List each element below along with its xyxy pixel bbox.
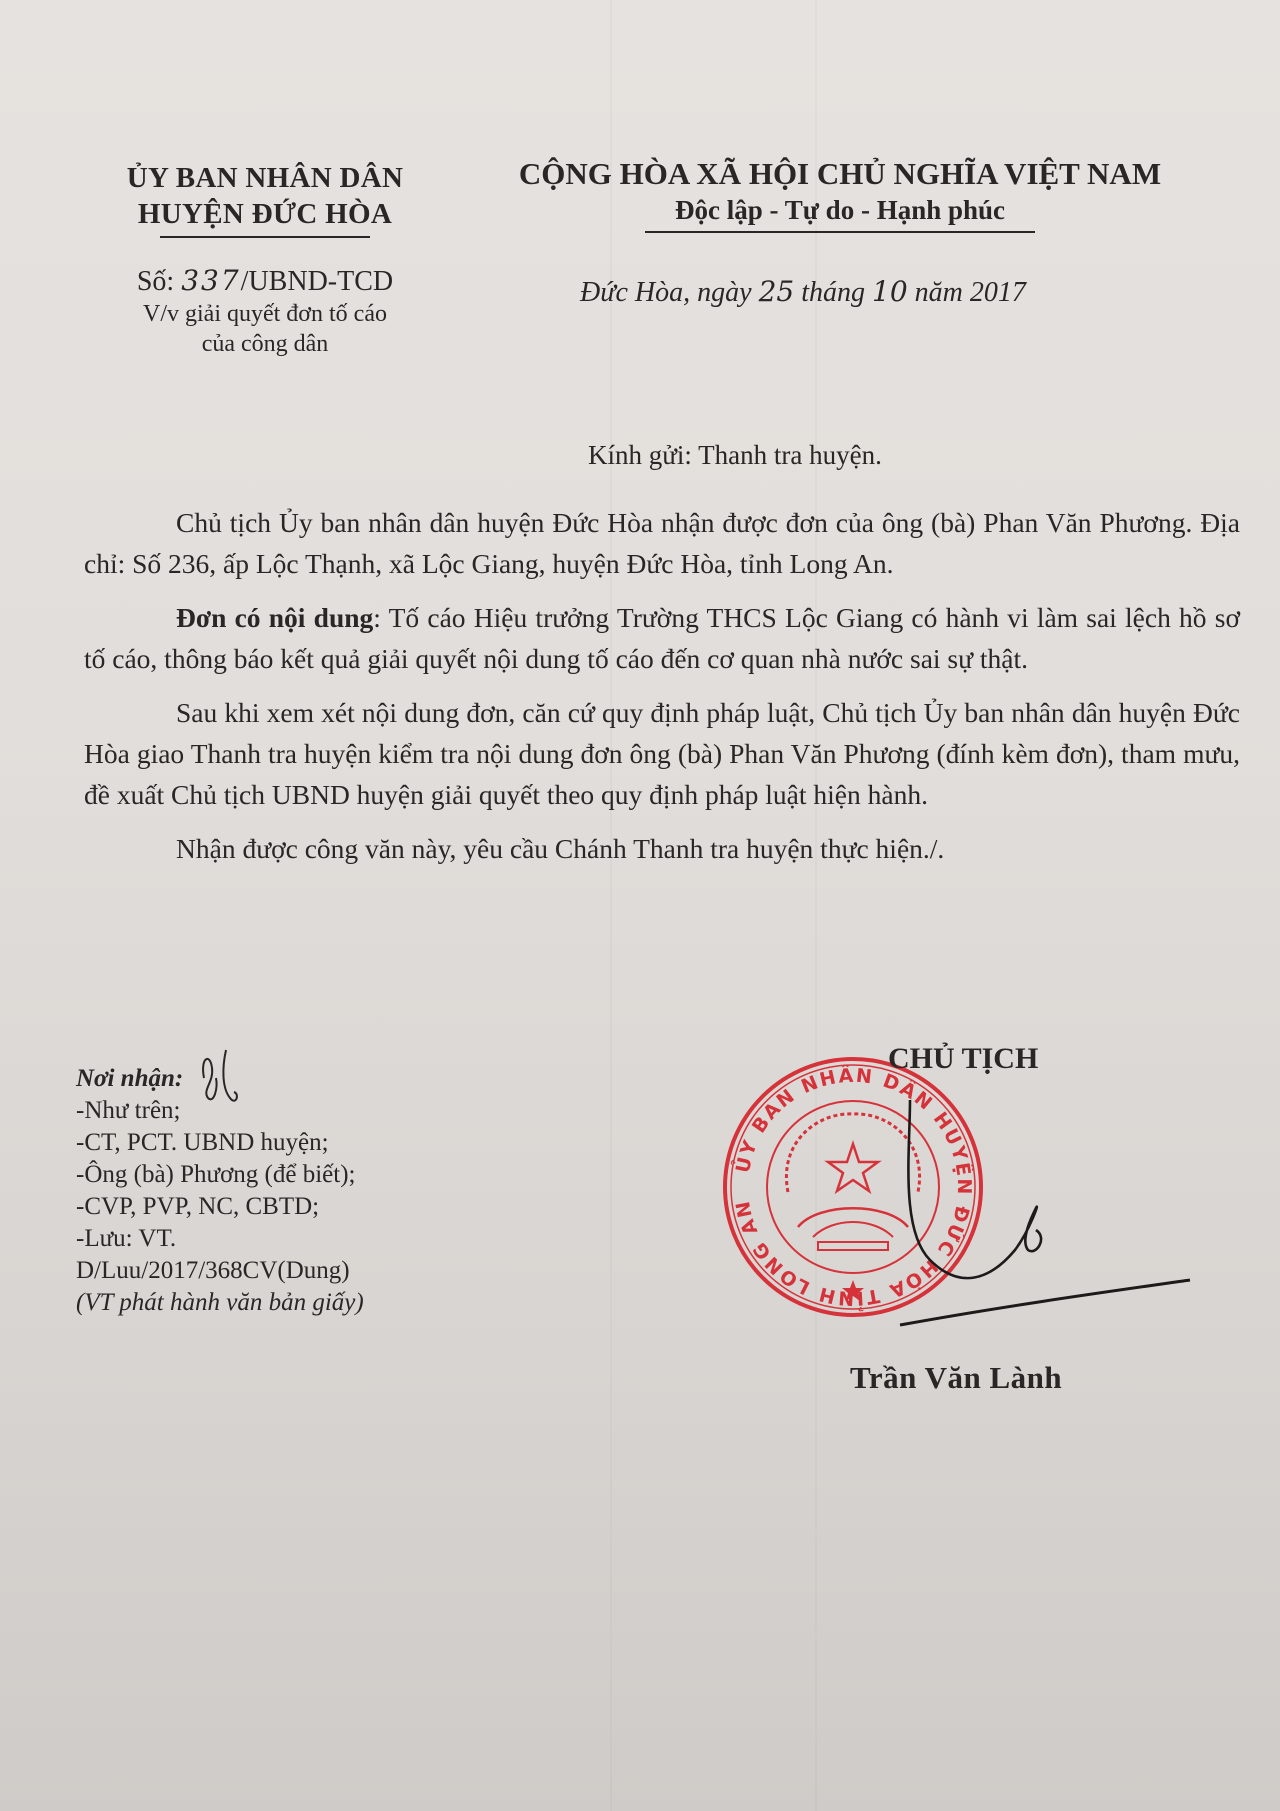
motto-underline — [645, 231, 1035, 233]
signatory-name: Trần Văn Lành — [850, 1360, 1062, 1396]
date-month-label: tháng — [794, 277, 872, 308]
archive-code: D/Luu/2017/368CV(Dung) — [76, 1255, 364, 1287]
recipient-line: Kính gửi: Thanh tra huyện. — [588, 440, 882, 471]
signatory-title: CHỦ TỊCH — [888, 1042, 1038, 1076]
date-year: năm 2017 — [908, 277, 1026, 308]
distribution-item: -CT, PCT. UBND huyện; — [76, 1127, 364, 1159]
doc-number-label: Số: — [137, 266, 181, 297]
authority-name-line2: HUYỆN ĐỨC HÒA — [80, 196, 450, 232]
document-number: Số: 337/UBND-TCD — [80, 264, 450, 299]
body-paragraph-1: Chủ tịch Ủy ban nhân dân huyện Đức Hòa n… — [84, 502, 1240, 584]
date-day-handwritten: 25 — [759, 275, 795, 308]
paper-fold — [815, 0, 817, 1811]
distribution-item: -Ông (bà) Phương (để biết); — [76, 1159, 364, 1191]
paper-fold — [610, 0, 612, 1811]
handwritten-signature-icon — [860, 1090, 1200, 1330]
distribution-item: -CVP, PVP, NC, CBTD; — [76, 1191, 364, 1223]
date-place: Đức Hòa, ngày — [580, 277, 759, 308]
authority-underline — [160, 236, 370, 238]
authority-name-line1: ỦY BAN NHÂN DÂN — [80, 160, 450, 196]
distribution-item: -Lưu: VT. — [76, 1223, 364, 1255]
date-line: Đức Hòa, ngày 25 tháng 10 năm 2017 — [580, 275, 1026, 309]
national-header-block: CỘNG HÒA XÃ HỘI CHỦ NGHĨA VIỆT NAM Độc l… — [480, 155, 1200, 233]
doc-number-handwritten: 337 — [181, 264, 240, 297]
subject-line1: V/v giải quyết đơn tố cáo — [80, 299, 450, 329]
initials-scribble-icon — [196, 1048, 256, 1110]
subject-line2: của công dân — [80, 329, 450, 359]
date-month-handwritten: 10 — [872, 275, 908, 308]
issuing-authority-block: ỦY BAN NHÂN DÂN HUYỆN ĐỨC HÒA Số: 337/UB… — [80, 160, 450, 359]
body-paragraph-3: Sau khi xem xét nội dung đơn, căn cứ quy… — [84, 692, 1240, 815]
national-motto: Độc lập - Tự do - Hạnh phúc — [675, 193, 1005, 227]
content-label: Đơn có nội dung — [176, 602, 373, 633]
letter-body: Chủ tịch Ủy ban nhân dân huyện Đức Hòa n… — [84, 502, 1240, 882]
nation-title: CỘNG HÒA XÃ HỘI CHỦ NGHĨA VIỆT NAM — [480, 155, 1200, 193]
body-paragraph-4: Nhận được công văn này, yêu cầu Chánh Th… — [84, 828, 1240, 869]
doc-number-suffix: /UBND-TCD — [241, 266, 393, 297]
body-paragraph-2: Đơn có nội dung: Tố cáo Hiệu trưởng Trườ… — [84, 597, 1240, 679]
issuance-note: (VT phát hành văn bản giấy) — [76, 1287, 364, 1319]
